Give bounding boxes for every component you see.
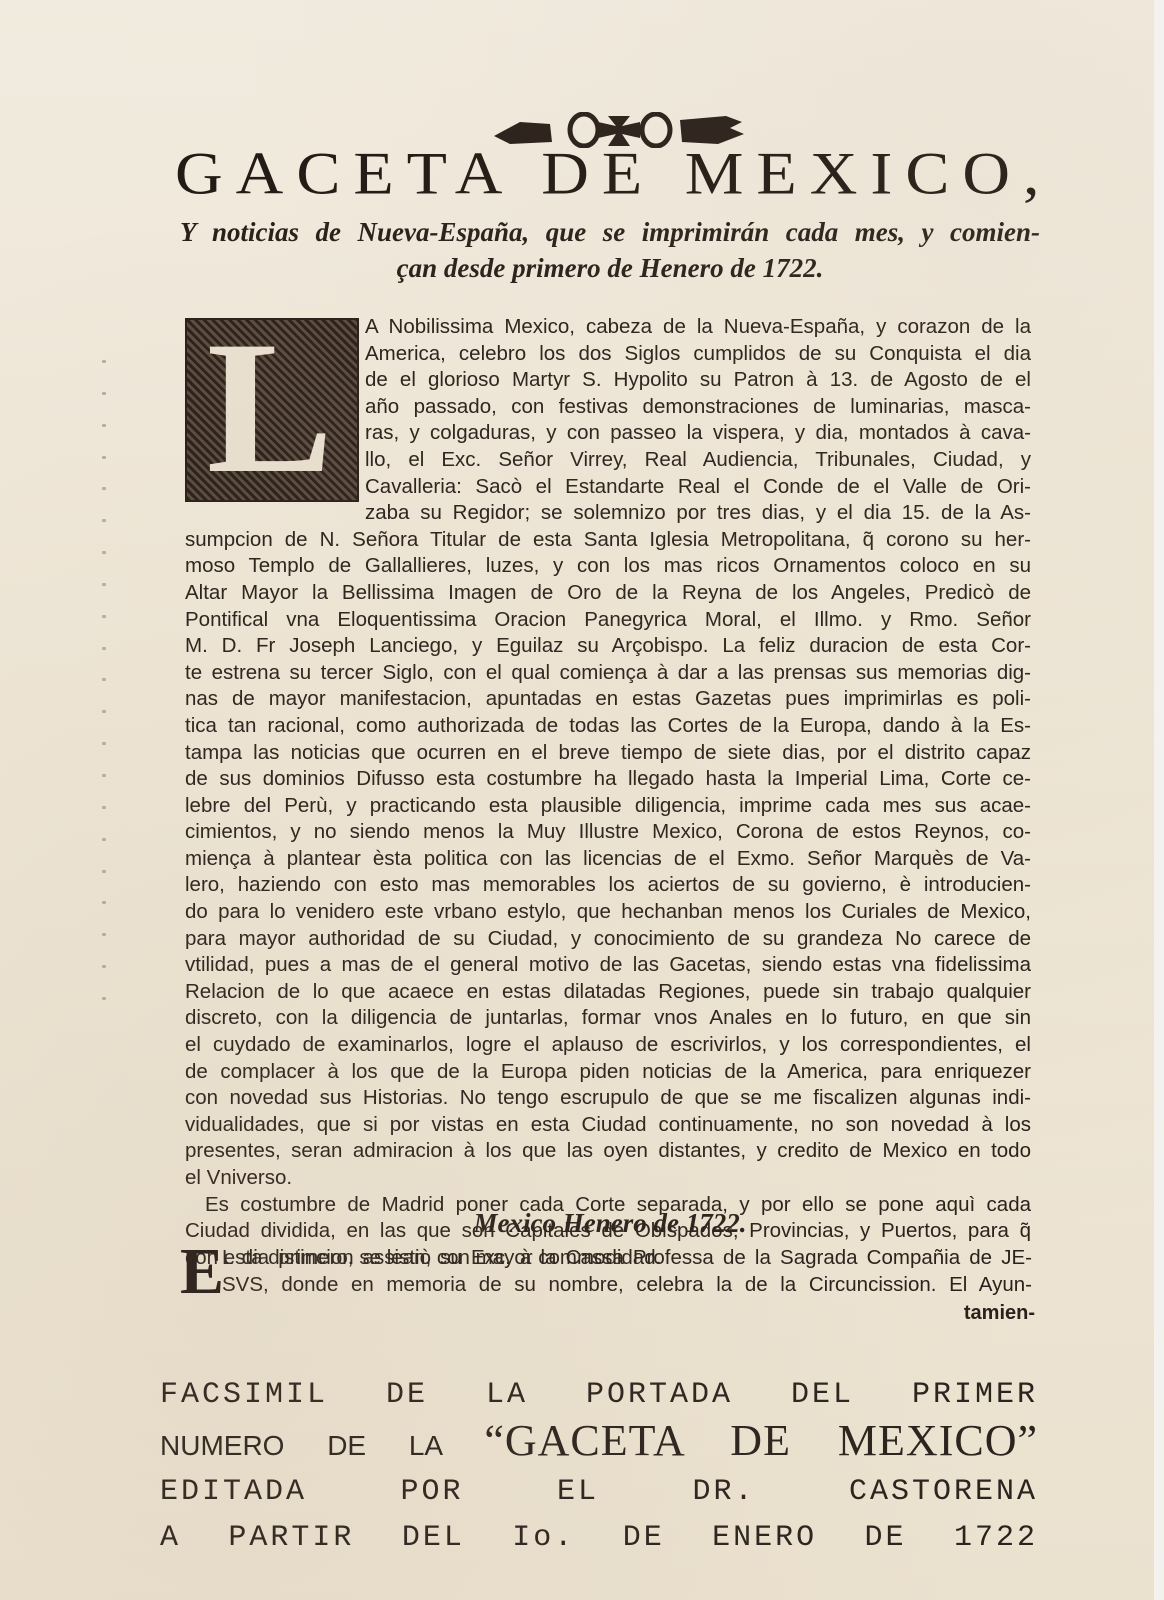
body-line: M. D. Fr Joseph Lanciego, y Eguilaz su A… xyxy=(185,633,1031,660)
body-line: moso Templo de Gallallieres, luzes, y co… xyxy=(185,553,1031,580)
subtitle-line-1: Y noticias de Nueva-España, que se impri… xyxy=(180,214,1040,250)
body-line: para mayor authoridad de su Ciudad, y co… xyxy=(185,926,1031,953)
body-line: llo, el Exc. Señor Virrey, Real Audienci… xyxy=(365,447,1031,474)
body-line: de complacer à los que de la Europa pide… xyxy=(185,1059,1031,1086)
facsimile-caption: FACSIMIL DE LA PORTADA DEL PRIMER NUMERO… xyxy=(160,1372,1038,1561)
caption-line-2-prefix: NUMERO DE LA xyxy=(160,1430,442,1461)
body-line: Relacion de lo que acaece en estas dilat… xyxy=(185,979,1031,1006)
caption-line-2: NUMERO DE LA “GACETA DE MEXICO” xyxy=(160,1418,1038,1469)
document-page: GACETA DE MEXICO, Y noticias de Nueva-Es… xyxy=(0,0,1154,1600)
body-line: lebre del Perù, y practicando esta plaus… xyxy=(185,793,1031,820)
subtitle-line-2: çan desde primero de Henero de 1722. xyxy=(397,253,824,283)
body-line: Pontifical vna Eloquentissima Oracion Pa… xyxy=(185,607,1031,634)
caption-line-4: A PARTIR DEL Io. DE ENERO DE 1722 xyxy=(160,1515,1038,1561)
body-line: lero, haziendo con esto mas memorables l… xyxy=(185,872,1031,899)
caption-gazette-title: “GACETA DE MEXICO” xyxy=(484,1416,1038,1465)
body-line: do para lo venidero este vrbano estylo, … xyxy=(185,899,1031,926)
caption-line-1: FACSIMIL DE LA PORTADA DEL PRIMER xyxy=(160,1372,1038,1418)
body-line: tica tan racional, como authorizada de t… xyxy=(185,713,1031,740)
masthead-title: GACETA DE MEXICO, xyxy=(175,144,1055,205)
body-line: sumpcion de N. Señora Titular de esta Sa… xyxy=(185,527,1031,554)
binding-edge-marks xyxy=(102,360,116,1000)
body-line: miença à plantear èsta politica con las … xyxy=(185,846,1031,873)
body-line: el cuydado de examinarlos, logre el apla… xyxy=(185,1032,1031,1059)
body-line: discreto, con la diligencia de juntarlas… xyxy=(185,1005,1031,1032)
body-line: te estrena su tercer Siglo, con el qual … xyxy=(185,660,1031,687)
body-line: Altar Mayor la Bellissima Imagen de Oro … xyxy=(185,580,1031,607)
body-line: presentes, seran admiracion à los que la… xyxy=(185,1138,1031,1165)
body-line: zaba su Regidor; se solemnizo por tres d… xyxy=(365,500,1031,527)
caption-line-3: EDITADA POR EL DR. CASTORENA xyxy=(160,1469,1038,1515)
body-text: A Nobilissima Mexico, cabeza de la Nueva… xyxy=(185,314,1031,1271)
subtitle: Y noticias de Nueva-España, que se impri… xyxy=(180,214,1040,286)
body-line: con novedad sus Historias. No tengo escr… xyxy=(185,1085,1031,1112)
body-line: A Nobilissima Mexico, cabeza de la Nueva… xyxy=(365,314,1031,341)
second-paragraph: L dia primero, assistiò su Exc. à la Cas… xyxy=(222,1244,1032,1298)
dateline: Mexico Henero de 1722. xyxy=(180,1208,1040,1239)
body-line: vidualidades, que si por vistas en esta … xyxy=(185,1112,1031,1139)
body-line: de el glorioso Martyr S. Hypolito su Pat… xyxy=(365,367,1031,394)
body-line: vtilidad, pues a mas de el general motiv… xyxy=(185,952,1031,979)
body-line: L dia primero, assistiò su Exc. à la Cas… xyxy=(222,1244,1032,1271)
body-line: el Vniverso. xyxy=(185,1165,1031,1192)
body-line: nas de mayor manifestacion, apuntadas en… xyxy=(185,686,1031,713)
body-line: cimientos, y no siendo menos la Muy Illu… xyxy=(185,819,1031,846)
body-line: SVS, donde en memoria de su nombre, cele… xyxy=(222,1271,1032,1298)
body-line: de sus dominios Difusso esta costumbre h… xyxy=(185,766,1031,793)
catchword: tamien- xyxy=(955,1302,1035,1325)
body-line: año passado, con festivas demonstracione… xyxy=(365,394,1031,421)
body-line: ras, y colgaduras, y con passeo la vispe… xyxy=(365,420,1031,447)
body-line: America, celebro los dos Siglos cumplido… xyxy=(365,341,1031,368)
body-line: Cavalleria: Sacò el Estandarte Real el C… xyxy=(365,474,1031,501)
second-initial: E xyxy=(180,1242,224,1302)
body-line: tampa las noticias que ocurren en el bre… xyxy=(185,740,1031,767)
